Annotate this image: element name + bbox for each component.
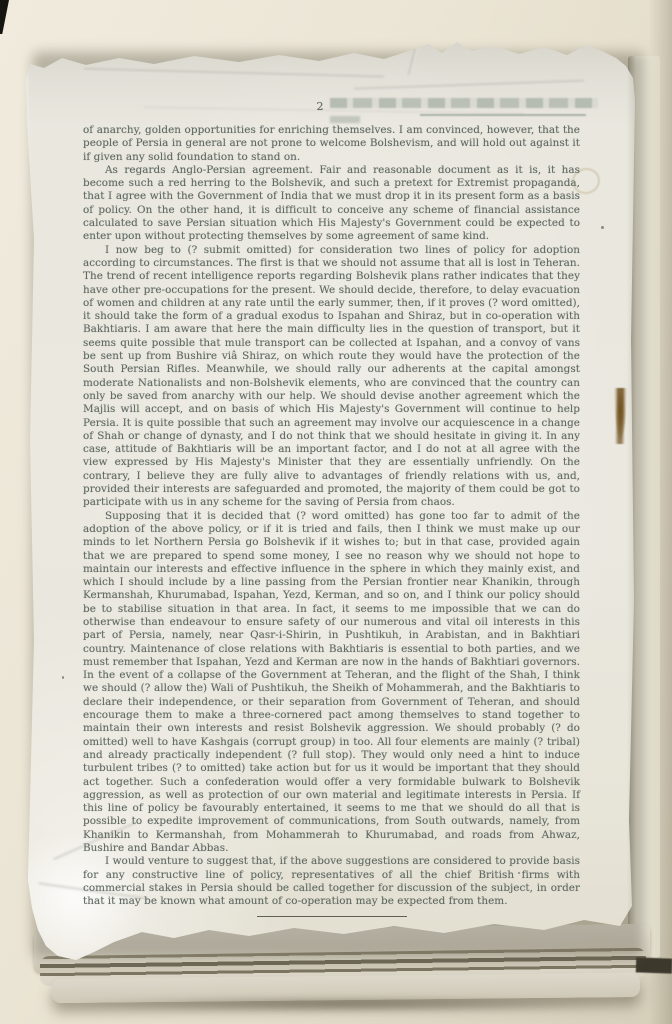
ink-speck <box>601 226 604 229</box>
ink-bleedthrough-underline <box>420 114 586 116</box>
paper-crease <box>84 68 384 79</box>
paper-crease <box>354 80 584 91</box>
document-text: of anarchy, golden opportunities for enr… <box>83 124 580 917</box>
paragraph: of anarchy, golden opportunities for enr… <box>83 124 580 164</box>
paragraph: I now beg to (? submit omitted) for cons… <box>83 244 580 510</box>
paragraph: As regards Anglo-Persian agreement. Fair… <box>83 164 580 244</box>
photograph-backdrop: 2 of anarchy, golden opportunities for e… <box>0 0 672 1024</box>
stack-drop-shadow <box>70 996 610 1012</box>
ink-speck <box>62 676 64 679</box>
ink-bleedthrough-blob <box>330 116 360 123</box>
page-number: 2 <box>308 100 332 113</box>
document-page: 2 of anarchy, golden opportunities for e… <box>24 40 639 962</box>
paragraph: I would venture to suggest that, if the … <box>83 855 580 908</box>
end-rule <box>257 916 407 917</box>
page-stack-shadow-wedge <box>636 957 672 973</box>
photo-corner-sliver <box>0 0 9 34</box>
brown-stain <box>614 388 627 444</box>
paragraph: Supposing that it is decided that (? wor… <box>83 510 580 856</box>
paper-crease <box>408 42 419 76</box>
ink-bleedthrough-line <box>330 98 598 108</box>
